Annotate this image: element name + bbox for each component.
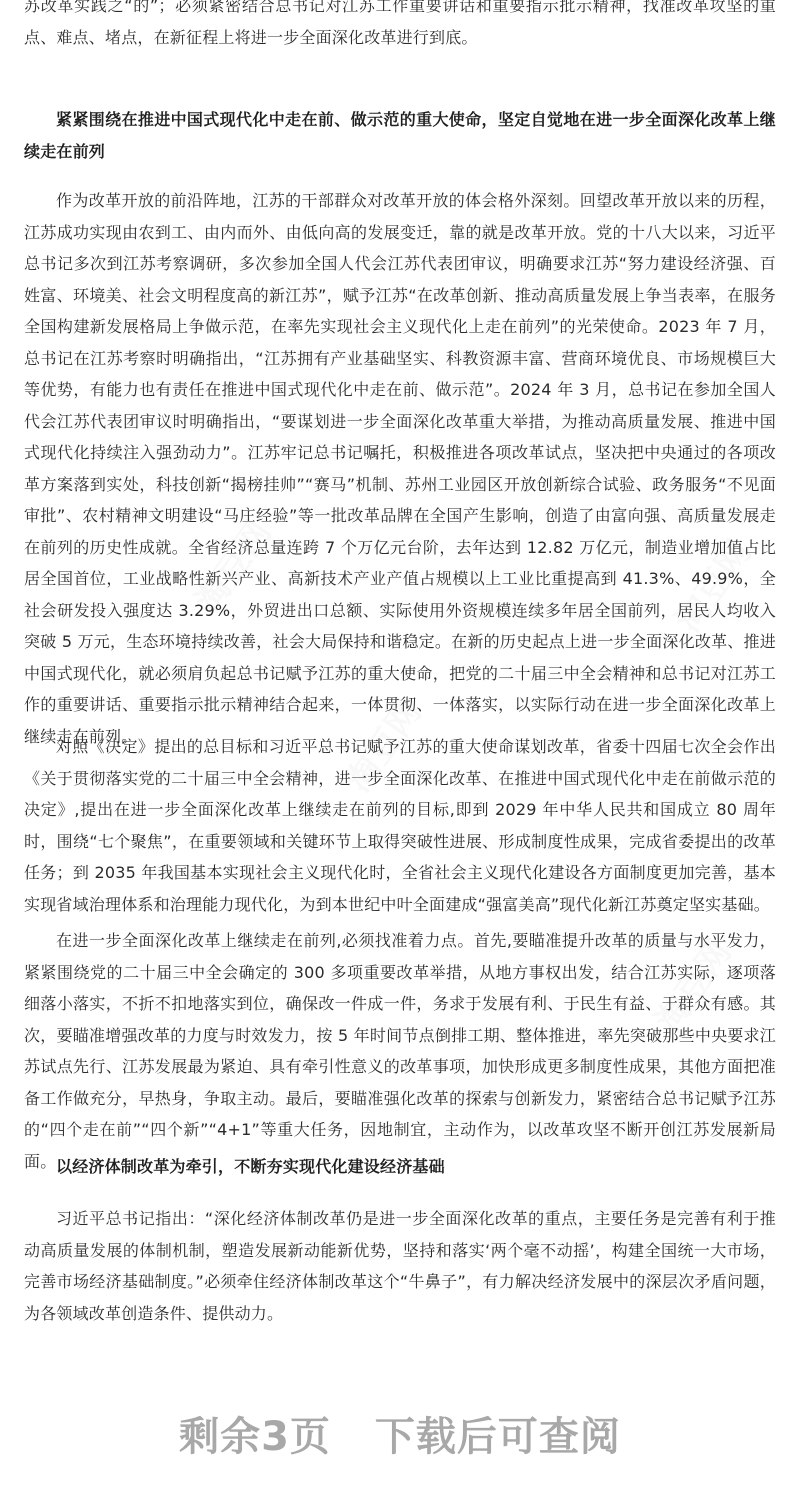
download-to-read-banner[interactable]: 剩余3页下载后可查阅 bbox=[0, 1405, 800, 1462]
document-page: 淘豆网 淘豆网 淘豆网 淘豆网 苏改革实践之“的”；必须紧密结合总书记对江苏工作… bbox=[0, 0, 800, 1509]
remaining-pages-label: 剩余3页 bbox=[179, 1414, 331, 1460]
section-heading-2: 以经济体制改革为牵引，不断夯实现代化建设经济基础 bbox=[24, 1151, 776, 1183]
paragraph-body: 对照《决定》提出的总目标和习近平总书记赋予江苏的重大使命谋划改革，省委十四届七次… bbox=[24, 731, 776, 920]
download-prompt-label: 下载后可查阅 bbox=[375, 1414, 621, 1460]
paragraph-body: 在进一步全面深化改革上继续走在前列,必须找准着力点。首先,要瞄准提升改革的质量与… bbox=[24, 925, 776, 1177]
section-heading-1: 紧紧围绕在推进中国式现代化中走在前、做示范的重大使命，坚定自觉地在进一步全面深化… bbox=[24, 104, 776, 167]
paragraph-body: 作为改革开放的前沿阵地，江苏的干部群众对改革开放的体会格外深刻。回望改革开放以来… bbox=[24, 185, 776, 752]
paragraph-continued: 苏改革实践之“的”；必须紧密结合总书记对江苏工作重要讲话和重要指示批示精神，找准… bbox=[24, 0, 776, 53]
paragraph-body: 习近平总书记指出：“深化经济体制改革仍是进一步全面深化改革的重点，主要任务是完善… bbox=[24, 1203, 776, 1329]
